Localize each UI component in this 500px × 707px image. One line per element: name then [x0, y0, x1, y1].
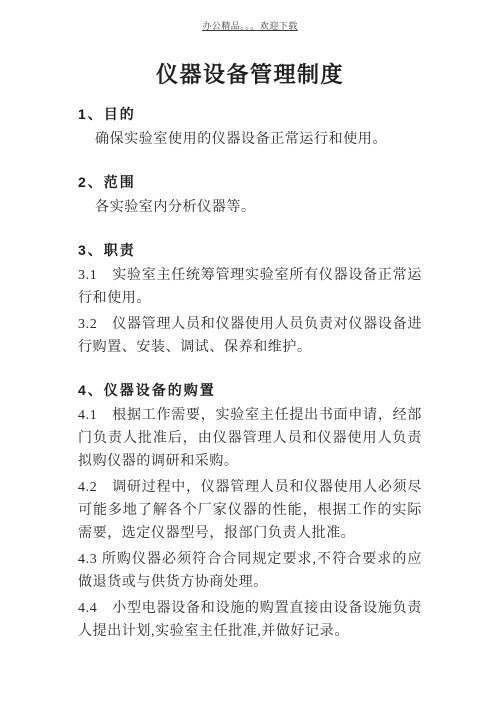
document-title: 仪器设备管理制度 — [78, 61, 422, 89]
section-paragraph: 4.3 所购仪器必须符合合同规定要求,不符合要求的应做退货或与供货方协商处理。 — [78, 548, 422, 594]
section-paragraph: 确保实验室使用的仪器设备正常运行和使用。 — [78, 128, 422, 151]
document-section: 4、仪器设备的购置 4.1 根据工作需要，实验室主任提出书面申请，经部门负责人批… — [78, 380, 422, 643]
document-body: 1、目的 确保实验室使用的仪器设备正常运行和使用。 2、范围 各实验室内分析仪器… — [78, 104, 422, 643]
section-paragraph: 各实验室内分析仪器等。 — [78, 196, 422, 219]
section-heading: 1、目的 — [78, 104, 422, 124]
section-paragraph: 4.4 小型电器设备和设施的购置直接由设备设施负责人提出计划,实验室主任批准,并… — [78, 597, 422, 643]
section-paragraph: 3.1 实验室主任统筹管理实验室所有仪器设备正常运行和使用。 — [78, 264, 422, 310]
section-heading: 2、范围 — [78, 172, 422, 192]
document-section: 3、职责 3.1 实验室主任统筹管理实验室所有仪器设备正常运行和使用。3.2 仪… — [78, 240, 422, 359]
page-header-note: 办公精品。。。欢迎下载 — [78, 20, 422, 33]
document-section: 1、目的 确保实验室使用的仪器设备正常运行和使用。 — [78, 104, 422, 151]
section-paragraph: 4.1 根据工作需要，实验室主任提出书面申请，经部门负责人批准后，由仪器管理人员… — [78, 404, 422, 473]
section-paragraph: 4.2 调研过程中，仪器管理人员和仪器使用人必须尽可能多地了解各个厂家仪器的性能… — [78, 476, 422, 545]
document-section: 2、范围 各实验室内分析仪器等。 — [78, 172, 422, 219]
document-page: 办公精品。。。欢迎下载 仪器设备管理制度 1、目的 确保实验室使用的仪器设备正常… — [0, 0, 500, 707]
section-heading: 3、职责 — [78, 240, 422, 260]
section-paragraph: 3.2 仪器管理人员和仪器使用人员负责对仪器设备进行购置、安装、调试、保养和维护… — [78, 313, 422, 359]
section-heading: 4、仪器设备的购置 — [78, 380, 422, 400]
